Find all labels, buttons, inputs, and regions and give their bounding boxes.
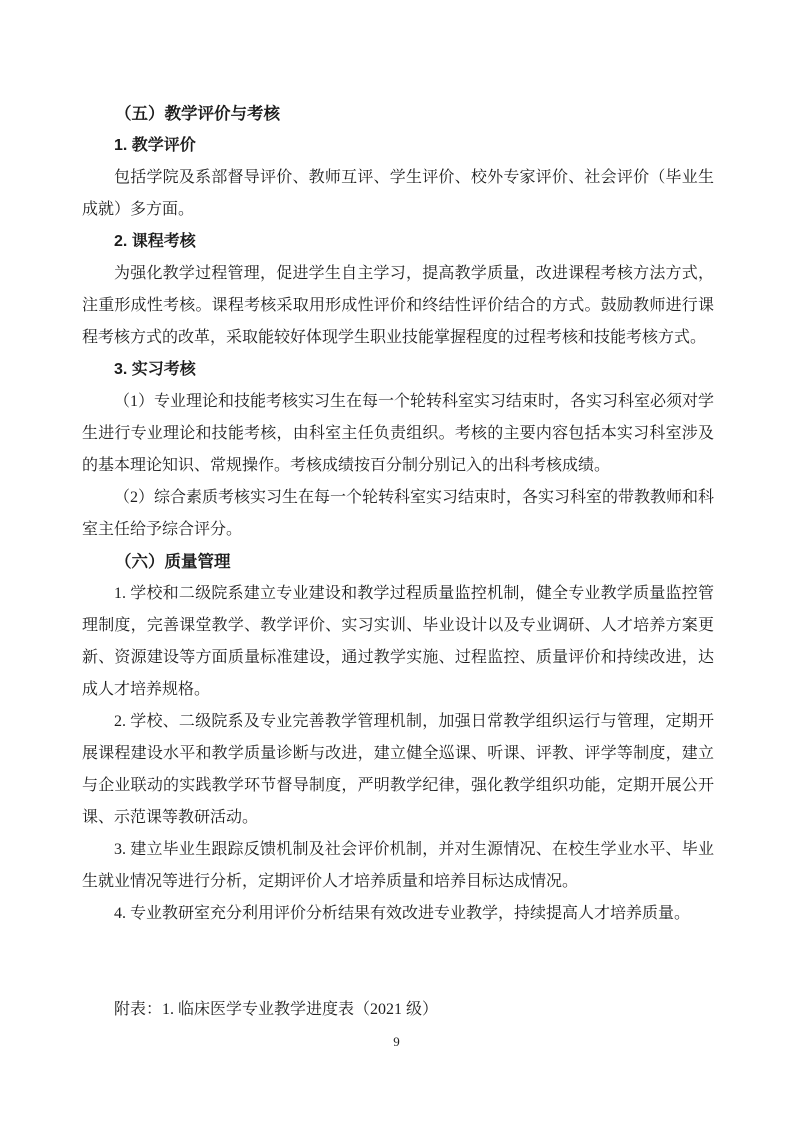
paragraph-internship-assessment-1: （1）专业理论和技能考核实习生在每一个轮转科室实习结束时，各实习科室必须对学生进… [82, 386, 714, 482]
paragraph-quality-4: 4. 专业教研室充分利用评价分析结果有效改进专业教学，持续提高人才培养质量。 [82, 898, 714, 930]
paragraph-course-assessment: 为强化教学过程管理，促进学生自主学习，提高教学质量，改进课程考核方法方式，注重形… [82, 258, 714, 354]
document-body: （五）教学评价与考核 1. 教学评价 包括学院及系部督导评价、教师互评、学生评价… [82, 98, 714, 930]
document-page: （五）教学评价与考核 1. 教学评价 包括学院及系部督导评价、教师互评、学生评价… [0, 0, 793, 1122]
section-heading-6: （六）质量管理 [82, 546, 714, 578]
paragraph-teaching-evaluation: 包括学院及系部督导评价、教师互评、学生评价、校外专家评价、社会评价（毕业生成就）… [82, 162, 714, 226]
page-number: 9 [0, 1026, 793, 1058]
paragraph-quality-1: 1. 学校和二级院系建立专业建设和教学过程质量监控机制，健全专业教学质量监控管理… [82, 578, 714, 706]
section-heading-5: （五）教学评价与考核 [82, 98, 714, 130]
subheading-course-assessment: 2. 课程考核 [82, 226, 714, 258]
paragraph-quality-2: 2. 学校、二级院系及专业完善教学管理机制，加强日常教学组织运行与管理，定期开展… [82, 706, 714, 834]
paragraph-quality-3: 3. 建立毕业生跟踪反馈机制及社会评价机制，并对生源情况、在校生学业水平、毕业生… [82, 834, 714, 898]
paragraph-internship-assessment-2: （2）综合素质考核实习生在每一个轮转科室实习结束时，各实习科室的带教教师和科室主… [82, 482, 714, 546]
subheading-teaching-evaluation: 1. 教学评价 [82, 130, 714, 162]
appendix-note: 附表：1. 临床医学专业教学进度表（2021 级） [82, 994, 714, 1026]
subheading-internship-assessment: 3. 实习考核 [82, 354, 714, 386]
